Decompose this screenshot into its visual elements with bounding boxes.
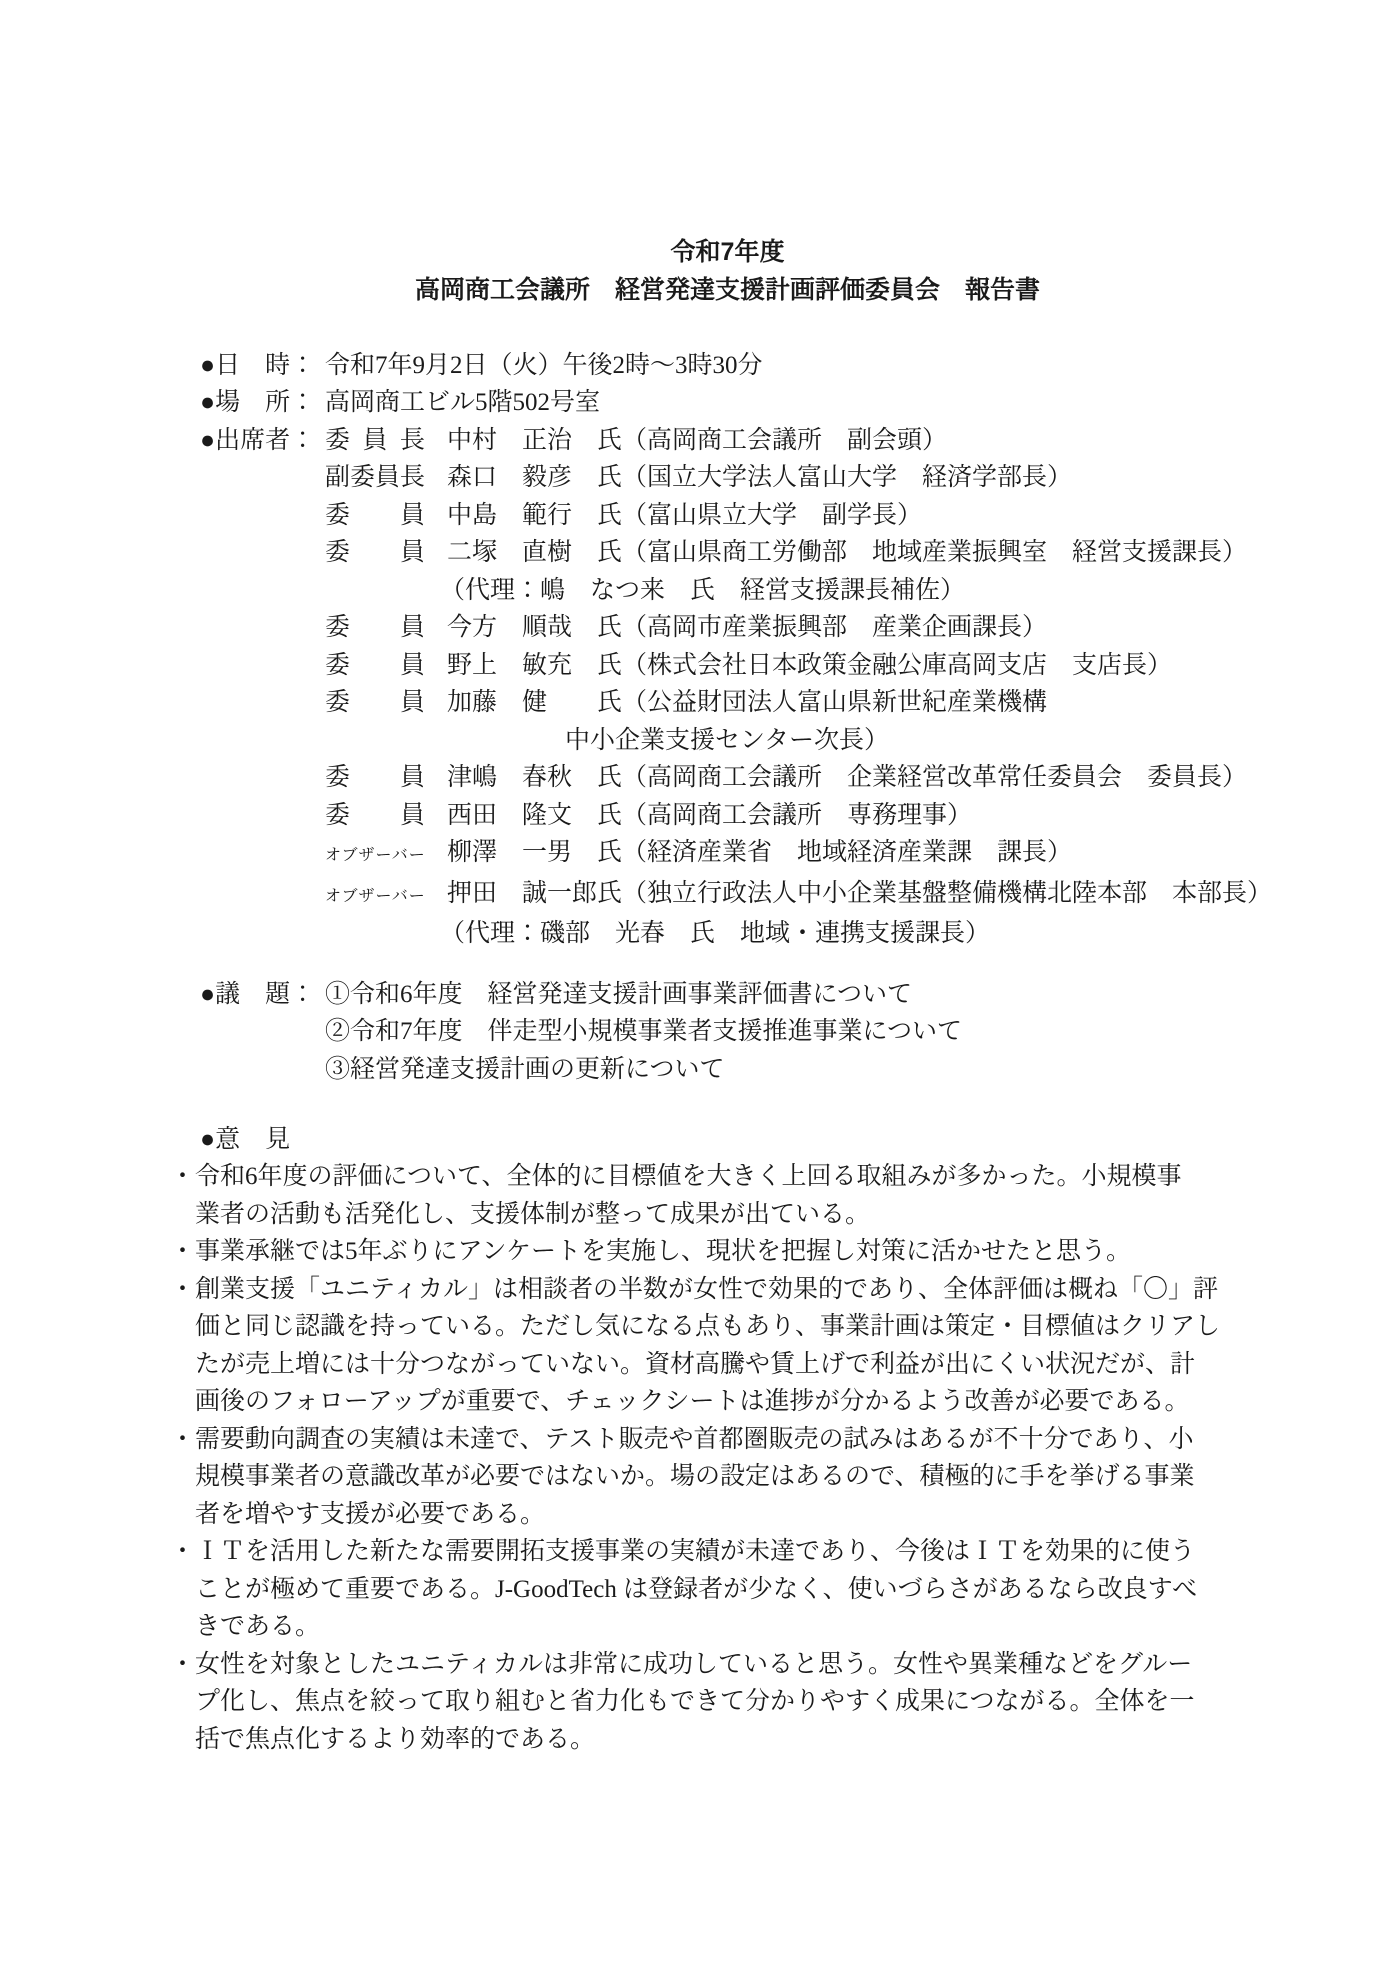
opinions-heading: ●意 見: [200, 1121, 1255, 1159]
opinion-line: 規模事業者の意識改革が必要ではないか。場の設定はあるので、積極的に手を挙げる事業: [170, 1458, 1255, 1496]
opinion-bullet: ・: [170, 1421, 195, 1459]
attendee-row: ●出席者：委 員 長中村 正治 氏（高岡商工会議所 副会頭）: [200, 422, 1255, 460]
attendee-text: （代理：磯部 光春 氏 地域・連携支援課長）: [440, 920, 990, 947]
attendee-role: オブザーバー: [325, 878, 425, 916]
attendee-text: 中村 正治 氏（高岡商工会議所 副会頭）: [447, 427, 947, 454]
spacer: [200, 953, 1255, 976]
meeting-location-line: ●場 所：高岡商工ビル5階502号室: [200, 384, 1255, 422]
attendee-row: 委 員加藤 健 氏（公益財団法人富山県新世紀産業機構: [325, 684, 1255, 722]
attendee-text: 中島 範行 氏（富山県立大学 副学長）: [447, 502, 922, 529]
attendee-role: 副委員長: [325, 459, 425, 497]
meeting-datetime-line: ●日 時：令和7年9月2日（火）午後2時～3時30分: [200, 347, 1255, 385]
attendee-text: 加藤 健 氏（公益財団法人富山県新世紀産業機構: [447, 689, 1047, 716]
attendee-role: 委 員 長: [325, 422, 425, 460]
opinion-line: プ化し、焦点を絞って取り組むと省力化もできて分かりやすく成果につながる。全体を一: [170, 1683, 1255, 1721]
attendee-text: 野上 敏充 氏（株式会社日本政策金融公庫高岡支店 支店長）: [447, 652, 1172, 679]
opinion-line: ・創業支援「ユニティカル」は相談者の半数が女性で効果的であり、全体評価は概ね「〇…: [170, 1271, 1255, 1309]
attendee-row: 副委員長森口 毅彦 氏（国立大学法人富山大学 経済学部長）: [325, 459, 1255, 497]
opinion-line: ことが極めて重要である。J-GoodTech は登録者が少なく、使いづらさがある…: [170, 1571, 1255, 1609]
opinion-line: 者を増やす支援が必要である。: [170, 1496, 1255, 1534]
attendee-text: 森口 毅彦 氏（国立大学法人富山大学 経済学部長）: [447, 464, 1072, 491]
opinion-text: 業者の活動も活発化し、支援体制が整って成果が出ている。: [195, 1201, 870, 1228]
attendee-row: 委 員野上 敏充 氏（株式会社日本政策金融公庫高岡支店 支店長）: [325, 647, 1255, 685]
opinion-text: プ化し、焦点を絞って取り組むと省力化もできて分かりやすく成果につながる。全体を一: [195, 1688, 1195, 1715]
attendee-role: 委 員: [325, 497, 425, 535]
agenda-section: ●議 題：①令和6年度 経営発達支援計画事業評価書について②令和7年度 伴走型小…: [200, 976, 1255, 1089]
agenda-item-text: ②令和7年度 伴走型小規模事業者支援推進事業について: [325, 1018, 962, 1045]
opinion-line: 業者の活動も活発化し、支援体制が整って成果が出ている。: [170, 1196, 1255, 1234]
attendee-row: 委 員西田 隆文 氏（高岡商工会議所 専務理事）: [325, 797, 1255, 835]
attendee-role: 委 員: [325, 534, 425, 572]
opinion-text: 者を増やす支援が必要である。: [195, 1501, 545, 1528]
opinion-line: ・需要動向調査の実績は未達で、テスト販売や首都圏販売の試みはあるが不十分であり、…: [170, 1421, 1255, 1459]
attendee-text: 押田 誠一郎氏（独立行政法人中小企業基盤整備機構北陸本部 本部長）: [447, 880, 1272, 907]
attendee-row: 委 員今方 順哉 氏（高岡市産業振興部 産業企画課長）: [325, 609, 1255, 647]
attendee-row: （代理：磯部 光春 氏 地域・連携支援課長）: [440, 915, 1255, 953]
opinion-line: 画後のフォローアップが重要で、チェックシートは進捗が分かるよう改善が必要である。: [170, 1383, 1255, 1421]
attendees-label: ●出席者：: [200, 422, 325, 460]
attendee-row: 委 員中島 範行 氏（富山県立大学 副学長）: [325, 497, 1255, 535]
datetime-value: 令和7年9月2日（火）午後2時～3時30分: [325, 352, 763, 379]
attendee-text: 柳澤 一男 氏（経済産業省 地域経済産業課 課長）: [447, 839, 1072, 866]
opinion-text: 画後のフォローアップが重要で、チェックシートは進捗が分かるよう改善が必要である。: [195, 1388, 1190, 1415]
opinion-text: ＩＴを活用した新たな需要開拓支援事業の実績が未達であり、今後はＩＴを効果的に使う: [195, 1538, 1195, 1565]
agenda-item-text: ③経営発達支援計画の更新について: [325, 1056, 725, 1083]
datetime-label: ●日 時：: [200, 347, 325, 385]
report-content: 令和7年度 高岡商工会議所 経営発達支援計画評価委員会 報告書 ●日 時：令和7…: [0, 0, 1400, 1758]
attendee-role: 委 員: [325, 609, 425, 647]
agenda-item: ●議 題：①令和6年度 経営発達支援計画事業評価書について: [200, 976, 1255, 1014]
opinions-list: ・令和6年度の評価について、全体的に目標値を大きく上回る取組みが多かった。小規模…: [170, 1158, 1255, 1758]
attendee-row: 委 員二塚 直樹 氏（富山県商工労働部 地域産業振興室 経営支援課長）: [325, 534, 1255, 572]
opinion-line: ・ＩＴを活用した新たな需要開拓支援事業の実績が未達であり、今後はＩＴを効果的に使…: [170, 1533, 1255, 1571]
opinion-line: たが売上増には十分つながっていない。資材高騰や賃上げで利益が出にくい状況だが、計: [170, 1346, 1255, 1384]
opinion-text: 女性を対象としたユニティカルは非常に成功していると思う。女性や異業種などをグルー: [195, 1651, 1192, 1678]
opinion-text: 需要動向調査の実績は未達で、テスト販売や首都圏販売の試みはあるが不十分であり、小: [195, 1426, 1194, 1453]
location-label: ●場 所：: [200, 384, 325, 422]
location-value: 高岡商工ビル5階502号室: [325, 389, 600, 416]
agenda-item-text: ①令和6年度 経営発達支援計画事業評価書について: [325, 981, 912, 1008]
spacer: [200, 1088, 1255, 1121]
attendee-role: オブザーバー: [325, 837, 425, 875]
report-title-main: 高岡商工会議所 経営発達支援計画評価委員会 報告書: [200, 272, 1255, 310]
opinion-bullet: ・: [170, 1158, 195, 1196]
attendee-text: 今方 順哉 氏（高岡市産業振興部 産業企画課長）: [447, 614, 1047, 641]
attendee-row: （代理：嶋 なつ来 氏 経営支援課長補佐）: [440, 572, 1255, 610]
agenda-item: ②令和7年度 伴走型小規模事業者支援推進事業について: [325, 1013, 1255, 1051]
opinion-text: 令和6年度の評価について、全体的に目標値を大きく上回る取組みが多かった。小規模事: [195, 1163, 1182, 1190]
attendee-text: 中小企業支援センター次長）: [565, 727, 889, 754]
spacer: [200, 309, 1255, 347]
opinion-line: ・事業承継では5年ぶりにアンケートを実施し、現状を把握し対策に活かせたと思う。: [170, 1233, 1255, 1271]
opinion-text: 事業承継では5年ぶりにアンケートを実施し、現状を把握し対策に活かせたと思う。: [195, 1238, 1131, 1265]
attendee-row: 委 員津嶋 春秋 氏（高岡商工会議所 企業経営改革常任委員会 委員長）: [325, 759, 1255, 797]
attendee-text: 二塚 直樹 氏（富山県商工労働部 地域産業振興室 経営支援課長）: [447, 539, 1247, 566]
opinion-text: たが売上増には十分つながっていない。資材高騰や賃上げで利益が出にくい状況だが、計: [195, 1351, 1195, 1378]
attendee-text: 津嶋 春秋 氏（高岡商工会議所 企業経営改革常任委員会 委員長）: [447, 764, 1247, 791]
opinion-line: ・令和6年度の評価について、全体的に目標値を大きく上回る取組みが多かった。小規模…: [170, 1158, 1255, 1196]
attendee-text: 西田 隆文 氏（高岡商工会議所 専務理事）: [447, 802, 972, 829]
attendee-row: オブザーバー押田 誠一郎氏（独立行政法人中小企業基盤整備機構北陸本部 本部長）: [325, 875, 1255, 916]
opinion-text: きである。: [195, 1613, 320, 1640]
opinion-text: 創業支援「ユニティカル」は相談者の半数が女性で効果的であり、全体評価は概ね「〇」…: [195, 1276, 1218, 1303]
opinion-line: きである。: [170, 1608, 1255, 1646]
opinion-text: 価と同じ認識を持っている。ただし気になる点もあり、事業計画は策定・目標値はクリア…: [195, 1313, 1220, 1340]
opinion-line: ・女性を対象としたユニティカルは非常に成功していると思う。女性や異業種などをグル…: [170, 1646, 1255, 1684]
opinion-bullet: ・: [170, 1533, 195, 1571]
opinion-bullet: ・: [170, 1646, 195, 1684]
attendee-role: 委 員: [325, 759, 425, 797]
opinion-bullet: ・: [170, 1271, 195, 1309]
opinion-line: 括で焦点化するより効率的である。: [170, 1721, 1255, 1759]
report-page: 令和7年度 高岡商工会議所 経営発達支援計画評価委員会 報告書 ●日 時：令和7…: [0, 0, 1400, 1979]
attendee-role: 委 員: [325, 684, 425, 722]
report-title-year: 令和7年度: [200, 234, 1255, 272]
attendee-row: 中小企業支援センター次長）: [565, 722, 1255, 760]
opinion-text: 括で焦点化するより効率的である。: [195, 1726, 595, 1753]
attendee-text: （代理：嶋 なつ来 氏 経営支援課長補佐）: [440, 577, 965, 604]
agenda-label: ●議 題：: [200, 976, 325, 1014]
attendee-role: 委 員: [325, 797, 425, 835]
attendee-role: 委 員: [325, 647, 425, 685]
attendee-list: ●出席者：委 員 長中村 正治 氏（高岡商工会議所 副会頭）副委員長森口 毅彦 …: [200, 422, 1255, 953]
agenda-item: ③経営発達支援計画の更新について: [325, 1051, 1255, 1089]
attendee-row: オブザーバー柳澤 一男 氏（経済産業省 地域経済産業課 課長）: [325, 834, 1255, 875]
opinion-line: 価と同じ認識を持っている。ただし気になる点もあり、事業計画は策定・目標値はクリア…: [170, 1308, 1255, 1346]
opinion-text: 規模事業者の意識改革が必要ではないか。場の設定はあるので、積極的に手を挙げる事業: [195, 1463, 1195, 1490]
opinion-text: ことが極めて重要である。J-GoodTech は登録者が少なく、使いづらさがある…: [195, 1576, 1197, 1603]
report-title: 令和7年度 高岡商工会議所 経営発達支援計画評価委員会 報告書: [200, 234, 1255, 309]
opinion-bullet: ・: [170, 1233, 195, 1271]
